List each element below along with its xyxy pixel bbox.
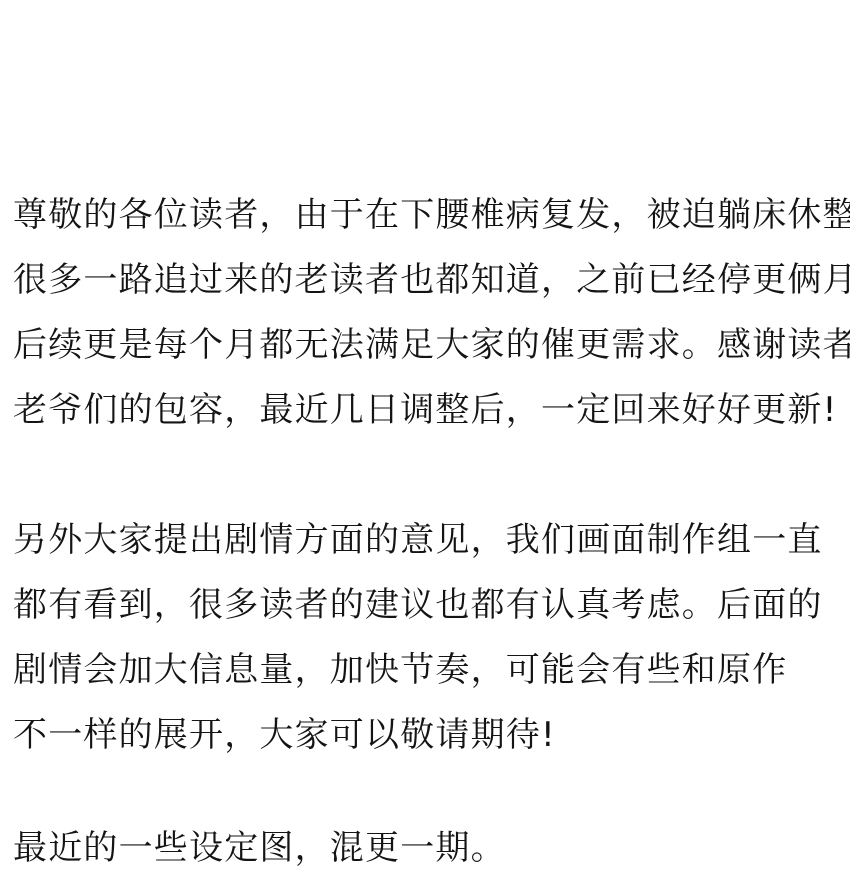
text-line: 另外大家提出剧情方面的意见，我们画面制作组一直 [13, 520, 823, 560]
text-line: 老爷们的包容，最近几日调整后，一定回来好好更新! [13, 390, 837, 430]
text-line: 最近的一些设定图，混更一期。 [13, 828, 506, 868]
text-line: 后续更是每个月都无法满足大家的催更需求。感谢读者 [13, 325, 850, 365]
text-line: 很多一路追过来的老读者也都知道，之前已经停更俩月， [13, 260, 850, 300]
text-line: 不一样的展开，大家可以敬请期待! [13, 715, 556, 755]
text-line: 剧情会加大信息量，加快节奏，可能会有些和原作 [13, 650, 787, 690]
author-notice: 尊敬的各位读者，由于在下腰椎病复发，被迫躺床休整。 很多一路追过来的老读者也都知… [0, 0, 850, 888]
text-line: 都有看到，很多读者的建议也都有认真考虑。后面的 [13, 585, 823, 625]
text-line: 尊敬的各位读者，由于在下腰椎病复发，被迫躺床休整。 [13, 195, 850, 235]
